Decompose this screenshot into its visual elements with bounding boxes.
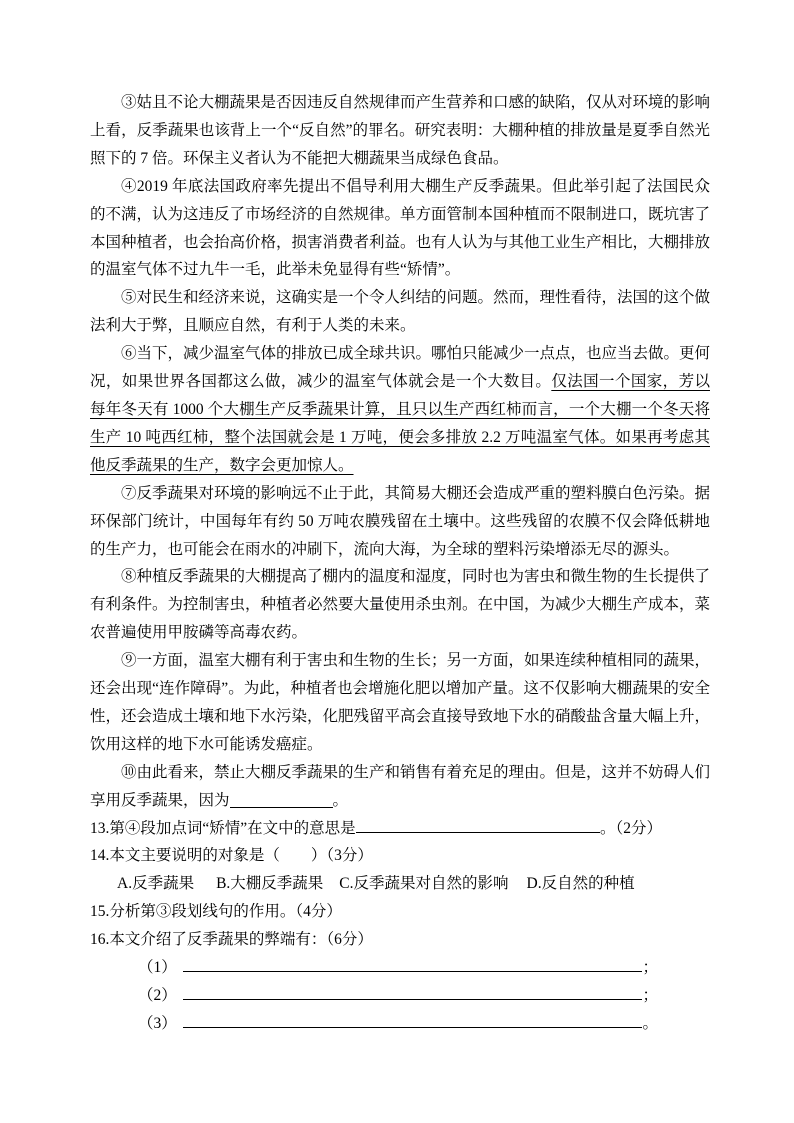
question-15: 15.分析第③段划线句的作用。（4分） bbox=[90, 898, 710, 926]
option-b: B.大棚反季蔬果 bbox=[216, 870, 323, 898]
paragraph-4-text: ④2019 年底法国政府率先提出不倡导利用大棚生产反季蔬果。但此举引起了法国民众… bbox=[90, 178, 710, 279]
item-3-answer-blank bbox=[183, 1011, 643, 1028]
question-16-text: 16.本文介绍了反季蔬果的弊端有：（6分） bbox=[90, 931, 373, 948]
paragraph-7: ⑦反季蔬果对环境的影响远不止于此，其简易大棚还会造成严重的塑料膜白色污染。据环保… bbox=[90, 480, 710, 564]
question-13-answer-blank bbox=[356, 816, 600, 833]
question-16-item-3: （3） 。 bbox=[138, 1010, 658, 1038]
paragraph-6: ⑥当下，减少温室气体的排放已成全球共识。哪怕只能减少一点点，也应当去做。更何况，… bbox=[90, 340, 710, 480]
document-page: ③姑且不论大棚蔬果是否因违反自然规律而产生营养和口感的缺陷，仅从对环境的影响上看… bbox=[0, 0, 794, 1123]
paragraph-9-text: ⑨一方面，温室大棚有利于害虫和生物的生长；另一方面，如果连续种植相同的蔬果，还会… bbox=[90, 652, 710, 753]
paragraph-3: ③姑且不论大棚蔬果是否因违反自然规律而产生营养和口感的缺陷，仅从对环境的影响上看… bbox=[90, 89, 710, 173]
item-1-punctuation: ； bbox=[642, 954, 658, 982]
paragraph-10-text: ⑩由此看来，禁止大棚反季蔬果的生产和销售有着充足的理由。但是，这并不妨碍人们享用… bbox=[90, 764, 710, 809]
paragraph-10-suffix: 。 bbox=[333, 792, 349, 809]
option-d: D.反自然的种植 bbox=[527, 870, 635, 898]
question-13-score: 。（2分） bbox=[600, 815, 662, 843]
question-16: 16.本文介绍了反季蔬果的弊端有：（6分） bbox=[90, 926, 710, 954]
item-1-label: （1） bbox=[138, 954, 177, 982]
question-15-text: 15.分析第③段划线句的作用。（4分） bbox=[90, 903, 342, 920]
paragraph-4: ④2019 年底法国政府率先提出不倡导利用大棚生产反季蔬果。但此举引起了法国民众… bbox=[90, 173, 710, 285]
item-2-punctuation: ； bbox=[642, 982, 658, 1010]
item-2-label: （2） bbox=[138, 982, 177, 1010]
paragraph-8-text: ⑧种植反季蔬果的大棚提高了棚内的温度和湿度，同时也为害虫和微生物的生长提供了有利… bbox=[90, 568, 710, 641]
paragraph-5-text: ⑤对民生和经济来说，这确实是一个令人纠结的问题。然而，理性看待，法国的这个做法利… bbox=[90, 289, 710, 334]
option-a: A.反季蔬果 bbox=[117, 870, 194, 898]
option-c: C.反季蔬果对自然的影响 bbox=[339, 870, 508, 898]
question-16-item-2: （2） ； bbox=[138, 982, 658, 1010]
question-13-text: 13.第④段加点词“矫情”在文中的意思是 bbox=[90, 815, 356, 843]
item-1-answer-blank bbox=[183, 956, 643, 973]
paragraph-5: ⑤对民生和经济来说，这确实是一个令人纠结的问题。然而，理性看待，法国的这个做法利… bbox=[90, 284, 710, 340]
paragraph-10: ⑩由此看来，禁止大棚反季蔬果的生产和销售有着充足的理由。但是，这并不妨碍人们享用… bbox=[90, 759, 710, 815]
question-16-item-1: （1） ； bbox=[138, 954, 658, 982]
paragraph-7-text: ⑦反季蔬果对环境的影响远不止于此，其简易大棚还会造成严重的塑料膜白色污染。据环保… bbox=[90, 485, 710, 558]
paragraph-9: ⑨一方面，温室大棚有利于害虫和生物的生长；另一方面，如果连续种植相同的蔬果，还会… bbox=[90, 647, 710, 759]
paragraph-10-answer-blank bbox=[230, 791, 333, 808]
question-14-options: A.反季蔬果 B.大棚反季蔬果 C.反季蔬果对自然的影响 D.反自然的种植 bbox=[90, 870, 710, 898]
paragraph-8: ⑧种植反季蔬果的大棚提高了棚内的温度和湿度，同时也为害虫和微生物的生长提供了有利… bbox=[90, 563, 710, 647]
paragraph-3-text: ③姑且不论大棚蔬果是否因违反自然规律而产生营养和口感的缺陷，仅从对环境的影响上看… bbox=[90, 94, 710, 167]
question-14-text: 14.本文主要说明的对象是（ ）（3分） bbox=[90, 847, 373, 864]
question-13: 13.第④段加点词“矫情”在文中的意思是 。（2分） bbox=[90, 815, 662, 843]
item-3-punctuation: 。 bbox=[642, 1010, 658, 1038]
item-3-label: （3） bbox=[138, 1010, 177, 1038]
question-14: 14.本文主要说明的对象是（ ）（3分） bbox=[90, 842, 710, 870]
item-2-answer-blank bbox=[183, 984, 643, 1001]
